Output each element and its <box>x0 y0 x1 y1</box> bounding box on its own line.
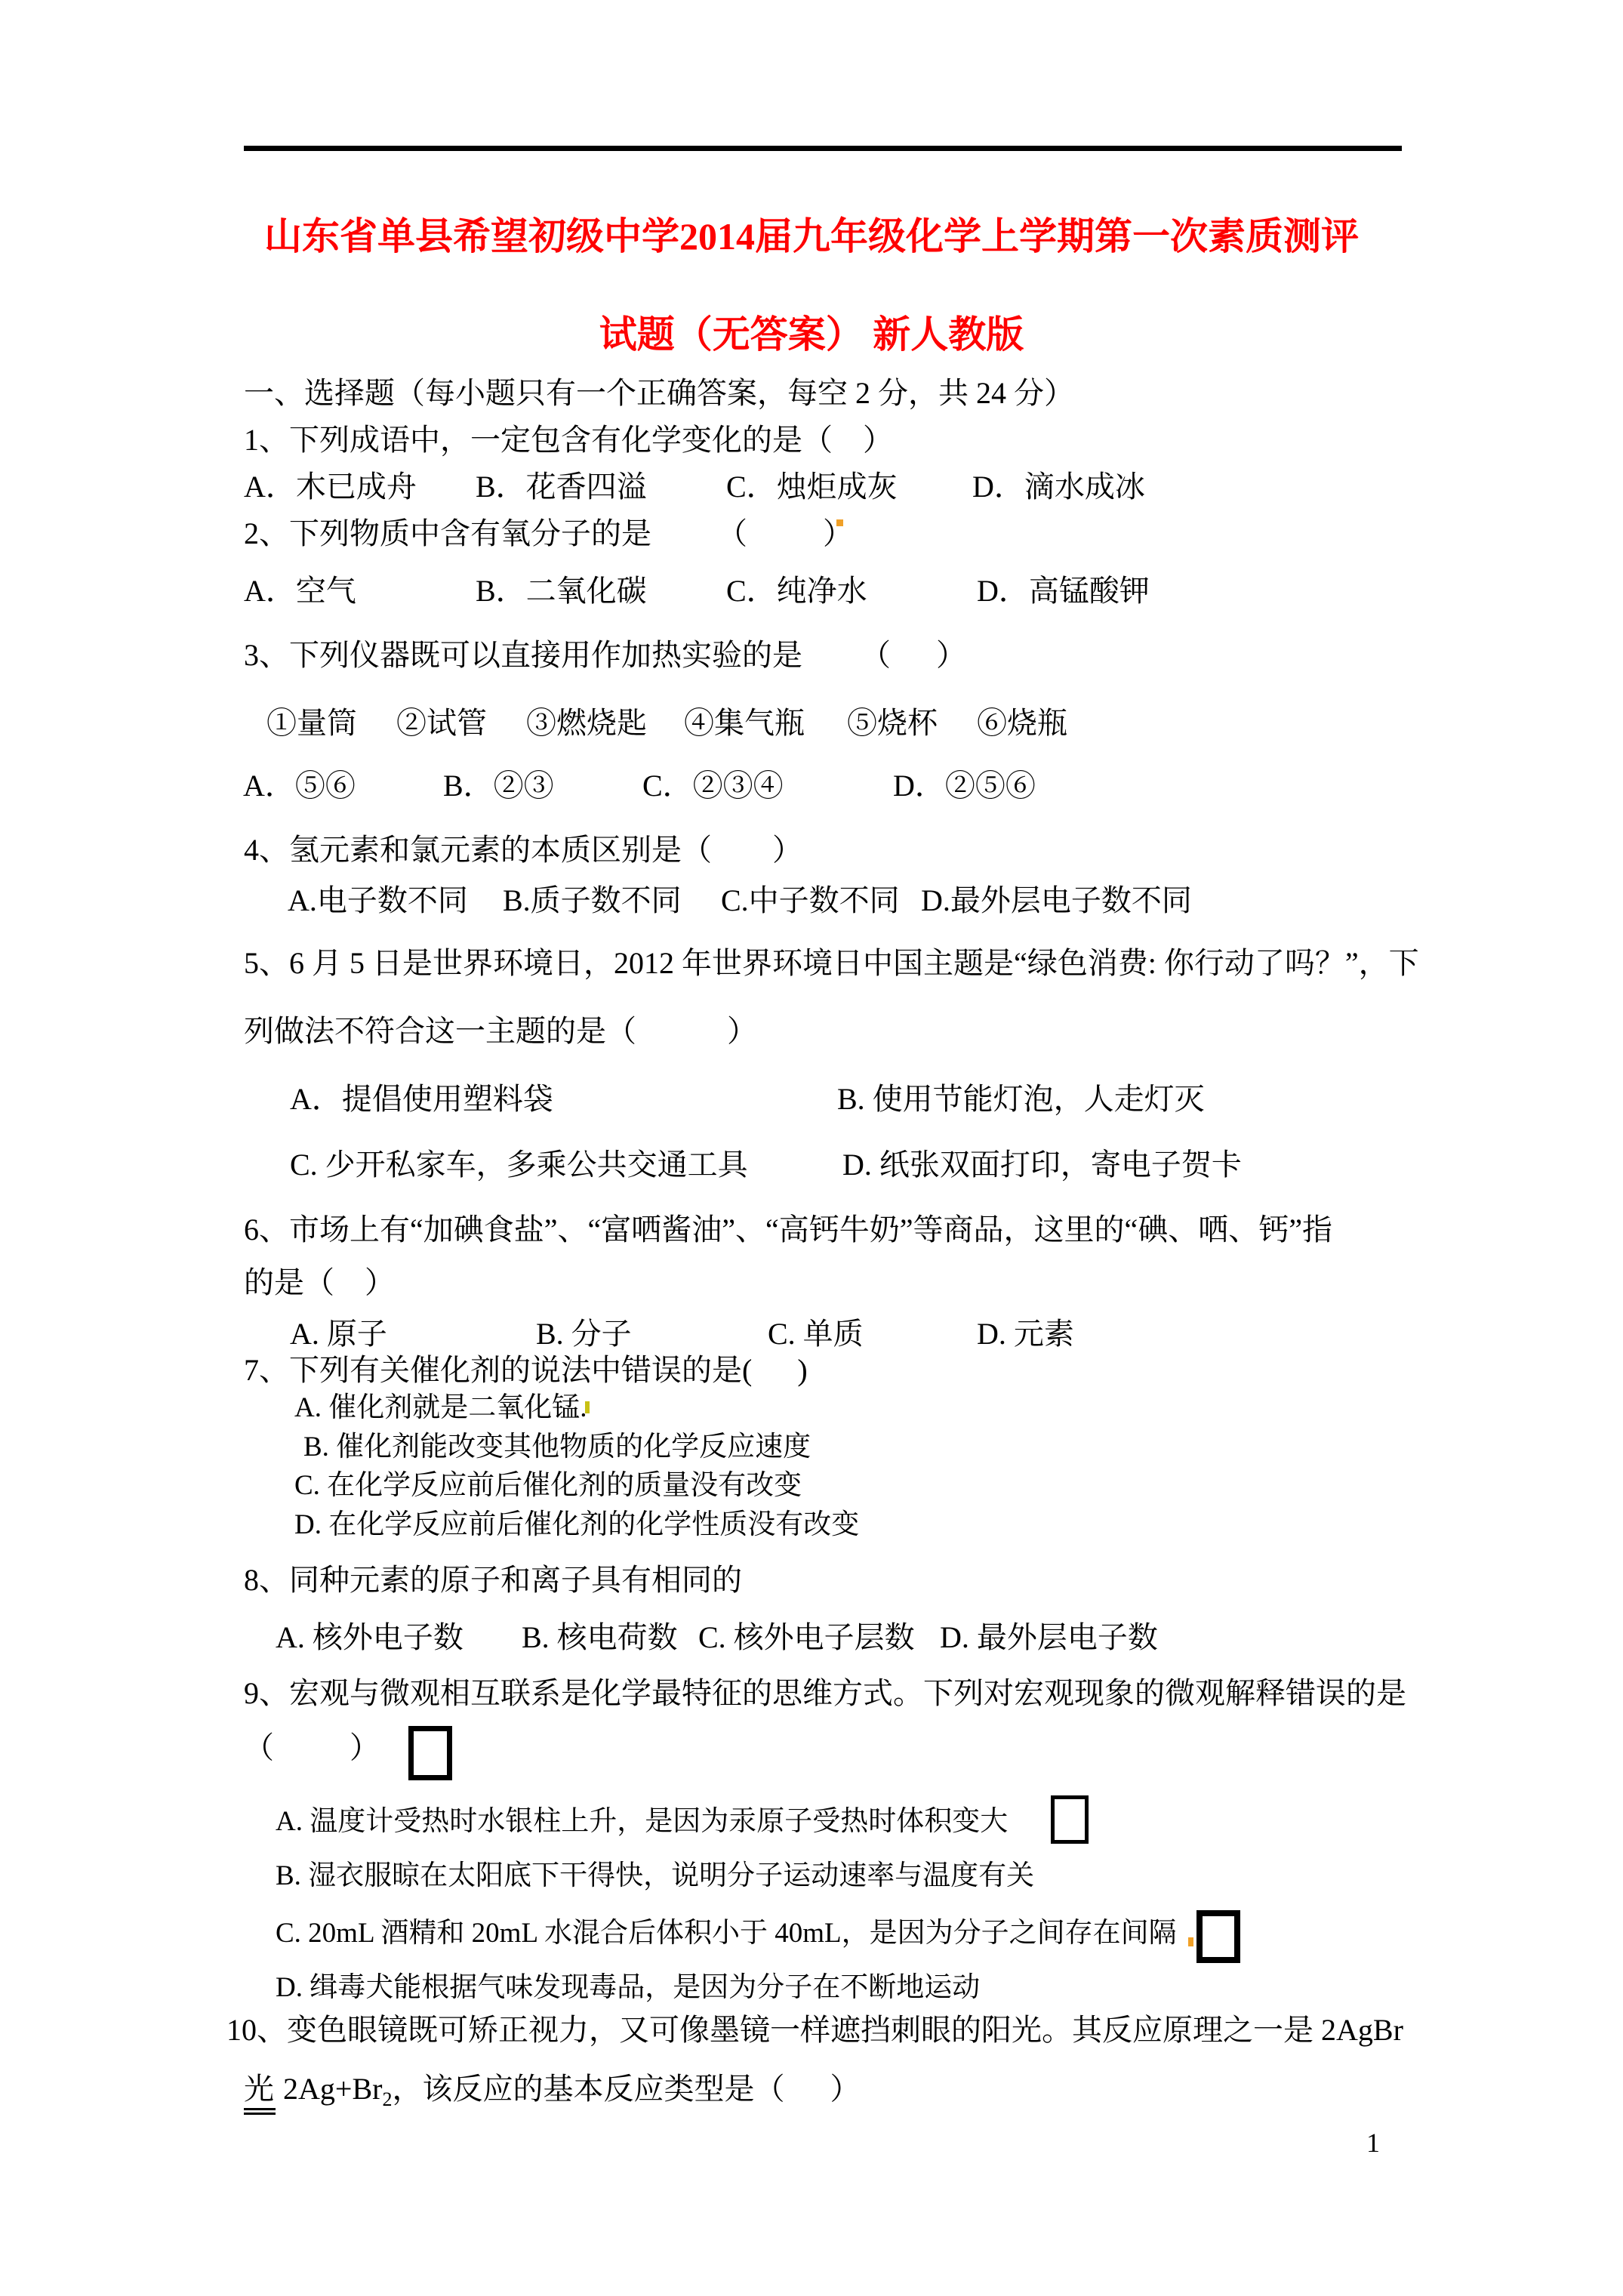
q3-item-5: ⑤烧杯 <box>847 706 938 741</box>
q4-option-c: C.中子数不同 <box>721 883 900 918</box>
q2-stem: 2、下列物质中含有氧分子的是 <box>244 516 651 551</box>
q3-option-b: B．②③ <box>443 769 554 803</box>
q9-option-a: A. 温度计受热时水银柱上升，是因为汞原子受热时体积变大 <box>276 1806 1008 1838</box>
q2-option-d: D．高锰酸钾 <box>977 574 1150 609</box>
q6-stem-line1: 6、市场上有“加碘食盐”、“富哂酱油”、“高钙牛奶”等商品，这里的“碘、哂、钙”… <box>244 1213 1332 1247</box>
q7-option-c: C. 在化学反应前后催化剂的质量没有改变 <box>294 1470 802 1502</box>
q9-option-c: C. 20mL 酒精和 20mL 水混合后体积小于 40mL，是因为分子之间存在… <box>276 1918 1177 1950</box>
q1-stem: 1、下列成语中，一定包含有化学变化的是（ ） <box>244 423 893 458</box>
q9-option-b: B. 湿衣服晾在太阳底下干得快，说明分子运动速率与温度有关 <box>276 1860 1034 1893</box>
q5-options-row1: A．提倡使用塑料袋 B. 使用节能灯泡，人走灯灭 <box>0 1082 1623 1121</box>
q1-option-b: B．花香四溢 <box>476 470 647 504</box>
q9-answer-paren: （ ） <box>244 1730 380 1765</box>
q6-options: A. 原子 B. 分子 C. 单质 D. 元素 <box>0 1317 1623 1356</box>
q5-stem-line1: 5、6 月 5 日是世界环境日，2012 年世界环境日中国主题是“绿色消费: 你… <box>244 946 1419 981</box>
q2-answer-paren: （ ） <box>717 516 853 551</box>
q9-stem-line1: 9、宏观与微观相互联系是化学最特征的思维方式。下列对宏观现象的微观解释错误的是 <box>244 1676 1406 1711</box>
q3-stem: 3、下列仪器既可以直接用作加热实验的是 <box>244 638 802 673</box>
q10-equation-subscript: 2 <box>382 2088 392 2110</box>
q8-stem: 8、同种元素的原子和离子具有相同的 <box>244 1563 742 1598</box>
q3-option-c: C．②③④ <box>642 769 784 803</box>
q6-stem-line2: 的是（ ） <box>244 1265 395 1300</box>
section-heading: 一、选择题（每小题只有一个正确答案，每空 2 分，共 24 分） <box>244 376 1074 411</box>
q8-option-d: D. 最外层电子数 <box>940 1620 1158 1655</box>
missing-glyph-box-q9-stem <box>408 1726 452 1780</box>
header-rule <box>244 146 1402 151</box>
q6-option-a: A. 原子 <box>290 1317 387 1351</box>
q8-option-b: B. 核电荷数 <box>522 1620 678 1655</box>
q7-option-b: B. 催化剂能改变其他物质的化学反应速度 <box>303 1432 811 1464</box>
q3-item-4: ④集气瓶 <box>684 706 805 741</box>
q6-option-b: B. 分子 <box>536 1317 632 1351</box>
q3-option-a: A．⑤⑥ <box>243 769 356 803</box>
doc-title-line2: 试题（无答案） 新人教版 <box>0 314 1623 356</box>
q1-option-a: A．木已成舟 <box>244 470 417 504</box>
document-page: 山东省单县希望初级中学2014届九年级化学上学期第一次素质测评 试题（无答案） … <box>0 0 1623 2296</box>
q5-option-d: D. 纸张双面打印，寄电子贺卡 <box>842 1148 1242 1182</box>
q3-items: ①量筒 ②试管 ③燃烧匙 ④集气瓶 ⑤烧杯 ⑥烧瓶 <box>0 706 1623 745</box>
q4-stem: 4、氢元素和氯元素的本质区别是（ ） <box>244 833 802 868</box>
q3-stem-row: 3、下列仪器既可以直接用作加热实验的是 （ ） <box>0 638 1623 677</box>
q3-item-2: ②试管 <box>396 706 487 741</box>
q5-option-a: A．提倡使用塑料袋 <box>290 1082 553 1117</box>
spellcheck-mark-q7 <box>585 1401 590 1413</box>
q3-answer-paren: （ ） <box>861 638 966 673</box>
doc-title-line1: 山东省单县希望初级中学2014届九年级化学上学期第一次素质测评 <box>0 216 1623 257</box>
q10-stem-line1: 10、变色眼镜既可矫正视力，又可像墨镜一样遮挡刺眼的阳光。其反应原理之一是 2A… <box>226 2013 1403 2048</box>
q7-stem: 7、下列有关催化剂的说法中错误的是( ) <box>244 1353 808 1388</box>
q9-option-d: D. 缉毒犬能根据气味发现毒品，是因为分子在不断地运动 <box>276 1972 980 2005</box>
page-number: 1 <box>1366 2129 1380 2156</box>
q6-option-d: D. 元素 <box>977 1317 1074 1351</box>
missing-glyph-box-q9-a <box>1051 1795 1089 1844</box>
q3-options: A．⑤⑥ B．②③ C．②③④ D．②⑤⑥ <box>0 769 1623 808</box>
q3-item-3: ③燃烧匙 <box>526 706 647 741</box>
q1-option-c: C．烛炬成灰 <box>726 470 898 504</box>
q10-equation-pre: 2Ag+Br <box>276 2072 382 2106</box>
q3-item-6: ⑥烧瓶 <box>977 706 1067 741</box>
q5-stem-line2: 列做法不符合这一主题的是（ ） <box>244 1014 757 1049</box>
q7-option-d: D. 在化学反应前后催化剂的化学性质没有改变 <box>294 1509 859 1542</box>
q4-option-b: B.质子数不同 <box>503 883 682 918</box>
q3-item-1: ①量筒 <box>266 706 357 741</box>
spellcheck-mark-q2 <box>836 519 843 526</box>
q10-stem-line2-post: ，该反应的基本反应类型是（ ） <box>392 2072 860 2106</box>
q8-options: A. 核外电子数 B. 核电荷数 C. 核外电子层数 D. 最外层电子数 <box>0 1620 1623 1660</box>
missing-glyph-box-q9-c <box>1196 1910 1240 1963</box>
q2-stem-row: 2、下列物质中含有氧分子的是 （ ） <box>0 516 1623 556</box>
q5-option-c: C. 少开私家车，多乘公共交通工具 <box>290 1148 748 1182</box>
q3-option-d: D．②⑤⑥ <box>893 769 1036 803</box>
q2-options: A．空气 B．二氧化碳 C．纯净水 D．高锰酸钾 <box>0 574 1623 613</box>
q4-option-a: A.电子数不同 <box>288 883 468 918</box>
q4-options: A.电子数不同 B.质子数不同 C.中子数不同 D.最外层电子数不同 <box>0 883 1623 923</box>
q8-option-a: A. 核外电子数 <box>276 1620 463 1655</box>
q4-option-d: D.最外层电子数不同 <box>921 883 1192 918</box>
q7-option-a: A. 催化剂就是二氧化锰. <box>294 1392 587 1425</box>
q2-option-c: C．纯净水 <box>726 574 867 609</box>
q1-options: A．木已成舟 B．花香四溢 C．烛炬成灰 D．滴水成冰 <box>0 470 1623 509</box>
q2-option-a: A．空气 <box>244 574 356 609</box>
q6-option-c: C. 单质 <box>768 1317 864 1351</box>
spellcheck-mark-q9c <box>1188 1937 1193 1946</box>
q1-option-d: D．滴水成冰 <box>972 470 1145 504</box>
q10-stem-line2: 光 2Ag+Br2，该反应的基本反应类型是（ ） <box>244 2072 860 2106</box>
q5-option-b: B. 使用节能灯泡，人走灯灭 <box>837 1082 1205 1117</box>
q10-reaction-condition: 光 <box>244 2072 276 2115</box>
q8-option-c: C. 核外电子层数 <box>698 1620 915 1655</box>
q5-options-row2: C. 少开私家车，多乘公共交通工具 D. 纸张双面打印，寄电子贺卡 <box>0 1148 1623 1187</box>
q2-option-b: B．二氧化碳 <box>476 574 647 609</box>
